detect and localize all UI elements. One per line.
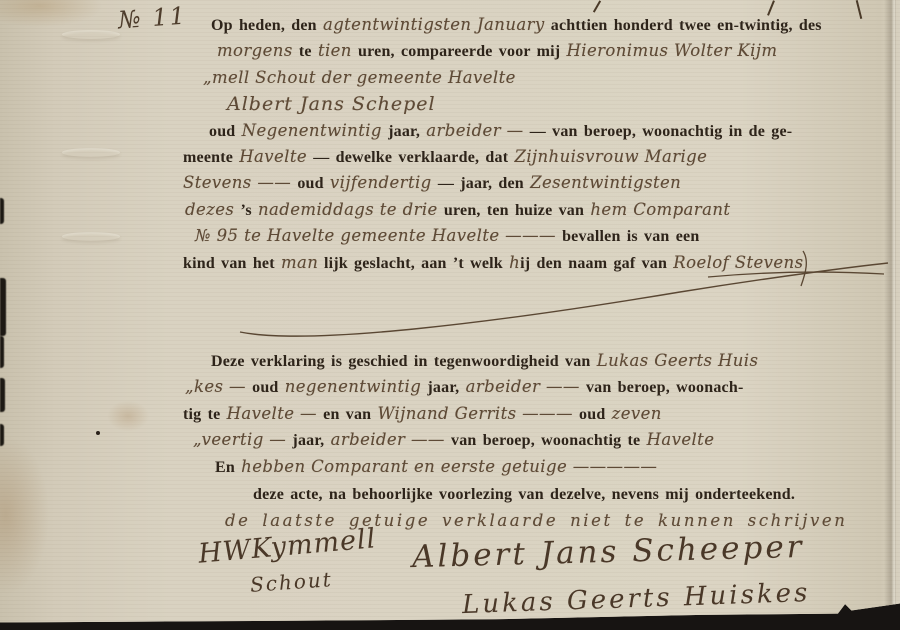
document-line: oud Negenentwintig jaar, arbeider — — va…: [183, 118, 888, 144]
document-line: dezes ’s nademiddags te drie uren, ten h…: [183, 197, 888, 223]
printed-text: van beroep, woonachtig te: [445, 432, 647, 449]
handwritten-text: Wijnand Gerrits ———: [377, 404, 572, 423]
document-line: meente Havelte — dewelke verklaarde, dat…: [183, 144, 888, 170]
document-line: Albert Jans Schepel: [183, 91, 888, 117]
document-line: deze acte, na behoorlijke voorlezing van…: [183, 482, 888, 508]
handwritten-text: Havelte —: [227, 404, 317, 423]
document-line: Op heden, den agtentwintigsten January a…: [183, 12, 888, 38]
printed-text: jaar,: [421, 379, 465, 396]
printed-text: deze acte, na behoorlijke voorlezing van…: [253, 486, 795, 503]
printed-text: ’s: [234, 202, 258, 219]
handwritten-text: Negenentwintig: [242, 121, 382, 140]
document-line: Stevens —— oud vijfendertig — jaar, den …: [183, 170, 888, 196]
handwritten-text: tien: [318, 41, 352, 60]
scan-edge-blob: [0, 278, 6, 336]
handwritten-text: Havelte: [647, 430, 715, 449]
document-line: „mell Schout der gemeente Havelte: [183, 65, 888, 91]
ink-speck: [96, 431, 100, 435]
ink-flourish: [200, 250, 900, 345]
printed-text: oud: [291, 175, 330, 192]
scan-edge-blob: [0, 336, 4, 368]
handwritten-text: dezes: [185, 200, 234, 219]
name-underline-flourish: [706, 268, 888, 280]
document-line: Deze verklaring is geschied in tegenwoor…: [183, 348, 888, 374]
printed-text: bevallen is van een: [556, 228, 700, 245]
handwritten-text: Zesentwintigsten: [530, 173, 681, 192]
document-line: morgens te tien uren, compareerde voor m…: [183, 38, 888, 64]
printed-text: uren, ten huize van: [438, 202, 591, 219]
document-line: tig te Havelte — en van Wijnand Gerrits …: [183, 401, 888, 427]
printed-text: Op heden, den: [211, 17, 323, 34]
printed-text: van beroep, woonach-: [580, 379, 744, 396]
printed-text: Deze verklaring is geschied in tegenwoor…: [211, 353, 597, 370]
scan-edge-blob: [0, 198, 4, 224]
printed-text: en van: [317, 406, 378, 423]
printed-text: — dewelke verklaarde, dat: [307, 149, 514, 166]
printed-text: uren, compareerde voor mij: [352, 43, 567, 60]
document-line: № 95 te Havelte gemeente Havelte ——— bev…: [183, 223, 888, 249]
paper-emboss-ridge: [62, 232, 120, 241]
handwritten-text: „veertig —: [193, 430, 286, 449]
printed-text: meente: [183, 149, 239, 166]
scan-edge-blob: [0, 378, 5, 412]
printed-text: oud: [246, 379, 285, 396]
printed-text: oud: [209, 123, 242, 140]
handwritten-text: arbeider ——: [331, 430, 445, 449]
closing-paragraph: deze acte, na behoorlijke voorlezing van…: [183, 482, 888, 535]
printed-text: — jaar, den: [432, 175, 530, 192]
witness-paragraph: Deze verklaring is geschied in tegenwoor…: [183, 348, 888, 480]
paper-emboss-ridge: [62, 30, 120, 39]
printed-text: jaar,: [382, 123, 426, 140]
handwritten-text: arbeider —: [426, 121, 523, 140]
handwritten-text: zeven: [612, 404, 662, 423]
document-line: „kes — oud negenentwintig jaar, arbeider…: [183, 374, 888, 400]
handwritten-text: morgens: [217, 41, 293, 60]
printed-text: te: [293, 43, 318, 60]
document-line: „veertig — jaar, arbeider —— van beroep,…: [183, 427, 888, 453]
printed-text: tig te: [183, 406, 227, 423]
printed-text: jaar,: [286, 432, 330, 449]
scanned-document-page: { "colors": { "paper": "#d9d2c1", "print…: [0, 0, 900, 630]
act-number: № 11: [117, 2, 188, 35]
handwritten-text: Stevens ——: [183, 173, 291, 192]
handwritten-text: negenentwintig: [285, 377, 421, 396]
printed-text: — van beroep, woonachtig in de ge-: [524, 123, 793, 140]
handwritten-text: hebben Comparant en eerste getuige —————: [241, 457, 657, 476]
handwritten-text: agtentwintigsten January: [323, 15, 545, 34]
handwritten-text: № 95 te Havelte gemeente Havelte ———: [195, 226, 556, 245]
handwritten-text: „mell Schout der gemeente Havelte: [203, 68, 516, 87]
printed-text: oud: [573, 406, 612, 423]
paper-emboss-ridge: [62, 148, 120, 157]
handwritten-text: Albert Jans Schepel: [227, 93, 436, 115]
opening-paragraph: Op heden, den agtentwintigsten January a…: [183, 12, 888, 276]
handwritten-text: arbeider ——: [466, 377, 580, 396]
scan-edge-blob: [0, 424, 4, 446]
printed-text: achttien honderd twee en-twintig, des: [545, 17, 822, 34]
handwritten-text: Zijnhuisvrouw Marige: [514, 147, 707, 166]
handwritten-text: „kes —: [185, 377, 246, 396]
handwritten-text: hem Comparant: [590, 200, 730, 219]
document-line: En hebben Comparant en eerste getuige ——…: [183, 454, 888, 480]
handwritten-text: Havelte: [239, 147, 307, 166]
handwritten-text: Lukas Geerts Huis: [597, 351, 759, 370]
printed-text: En: [215, 459, 241, 476]
handwritten-text: nademiddags te drie: [258, 200, 438, 219]
handwritten-text: Hieronimus Wolter Kijm: [567, 41, 778, 60]
handwritten-text: vijfendertig: [330, 173, 432, 192]
